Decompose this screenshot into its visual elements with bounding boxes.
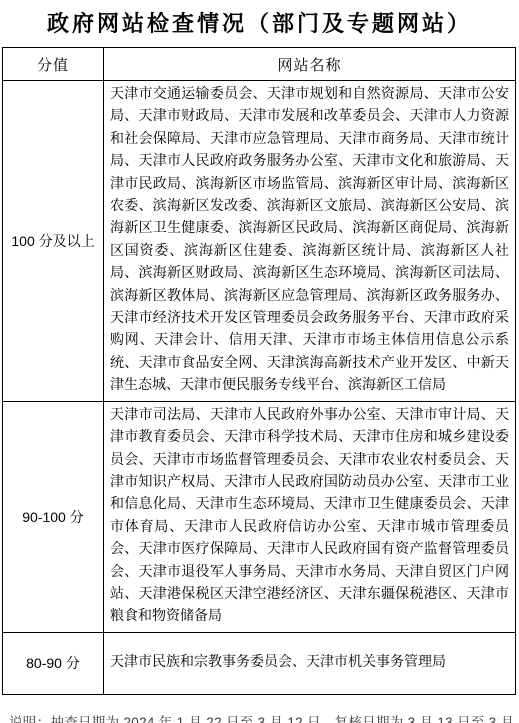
sites-cell: 天津市司法局、天津市人民政府外事办公室、天津市审计局、天津市教育委员会、天津市科… (104, 401, 516, 632)
page-title: 政府网站检查情况（部门及专题网站） (0, 0, 519, 47)
document-page: 政府网站检查情况（部门及专题网站） 分值 网站名称 100 分及以上 天津市交通… (0, 0, 519, 723)
score-cell: 100 分及以上 (3, 81, 104, 402)
website-inspection-table: 分值 网站名称 100 分及以上 天津市交通运输委员会、天津市规划和自然资源局、… (2, 47, 516, 695)
score-cell: 80-90 分 (3, 632, 104, 694)
table-row-100-and-above: 100 分及以上 天津市交通运输委员会、天津市规划和自然资源局、天津市公安局、天… (3, 81, 516, 402)
sites-cell: 天津市民族和宗教事务委员会、天津市机关事务管理局 (104, 632, 516, 694)
sites-cell: 天津市交通运输委员会、天津市规划和自然资源局、天津市公安局、天津市财政局、天津市… (104, 81, 516, 402)
column-header-score: 分值 (3, 48, 104, 81)
table-row-90-100: 90-100 分 天津市司法局、天津市人民政府外事办公室、天津市审计局、天津市教… (3, 401, 516, 632)
score-cell: 90-100 分 (3, 401, 104, 632)
footnote-inspection-dates: 说明：抽查日期为 2024 年 1 月 22 日至 3 月 12 日，复核日期为… (0, 695, 519, 723)
table-row-80-90: 80-90 分 天津市民族和宗教事务委员会、天津市机关事务管理局 (3, 632, 516, 694)
table-header-row: 分值 网站名称 (3, 48, 516, 81)
column-header-site-name: 网站名称 (104, 48, 516, 81)
